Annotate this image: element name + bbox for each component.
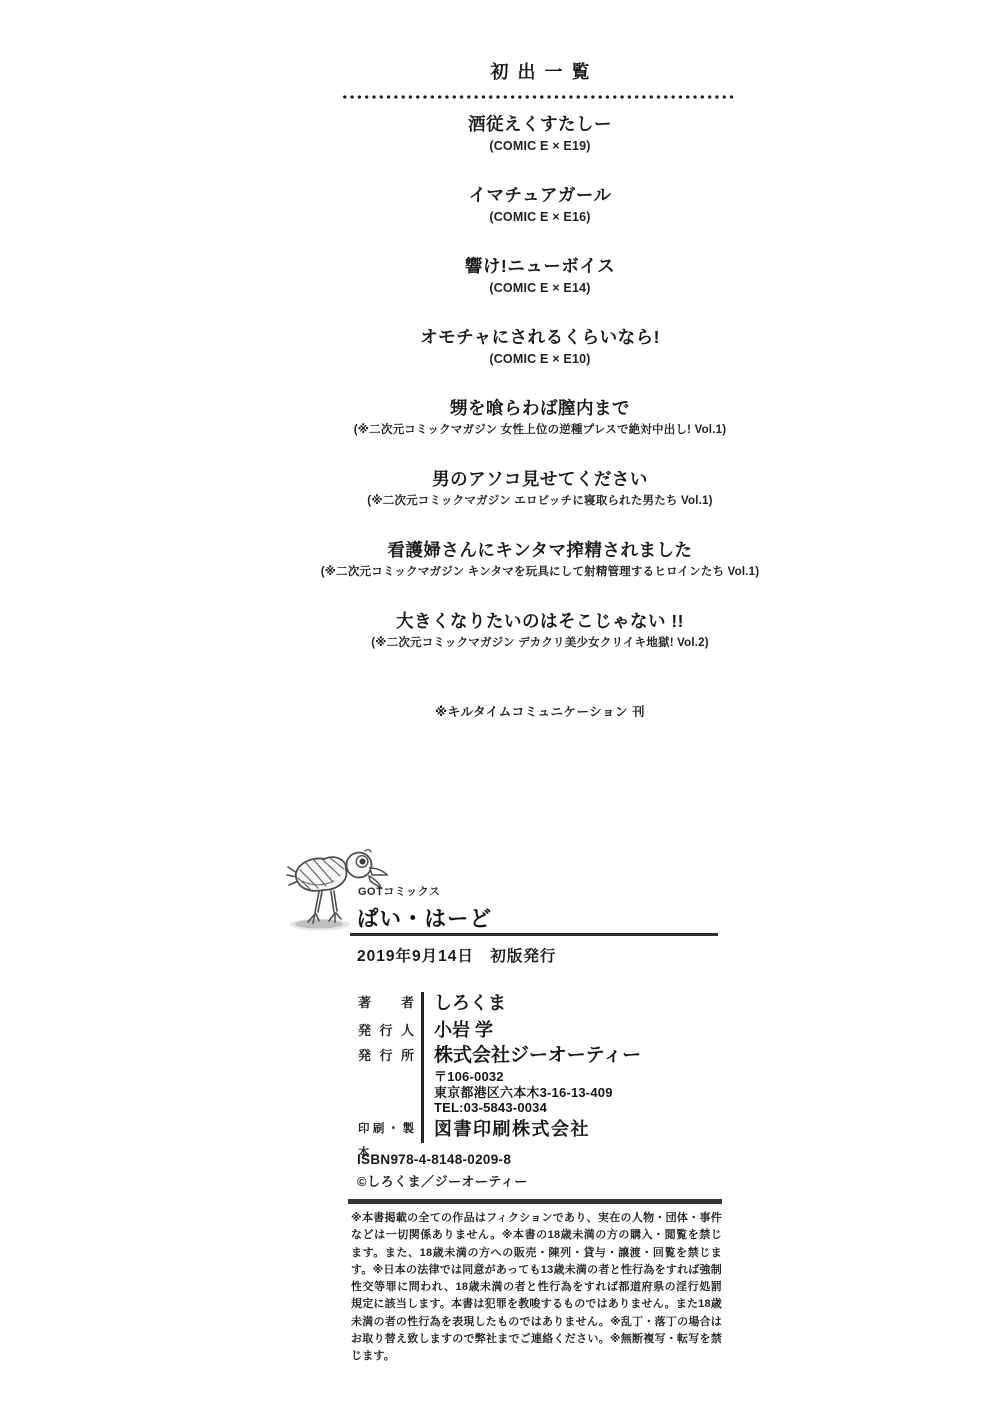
work-title: イマチュアガール: [300, 183, 780, 207]
publication-entry: 響け!ニューボイス (COMIC E × E14): [300, 254, 780, 298]
work-title: 酒従えくすたしー: [300, 112, 780, 136]
credit-value: しろくま: [421, 992, 720, 1020]
address-line: 東京都港区六本木3-16-13-409: [434, 1085, 720, 1101]
publication-entry: 甥を喰らわば膣内まで (※二次元コミックマガジン 女性上位の逆種プレスで絶対中出…: [300, 396, 780, 440]
page-title: 初出一覧: [300, 58, 780, 86]
imprint-label: GOTコミックス: [358, 883, 441, 899]
edition-date: 2019年9月14日 初版発行: [357, 944, 556, 966]
credit-row-publisher-person: 発行人 小岩 学: [358, 1020, 720, 1045]
credit-label-empty: [358, 1067, 414, 1117]
credit-row-address: 〒106-0032 東京都港区六本木3-16-13-409 TEL:03-584…: [358, 1067, 720, 1117]
title-rule: [350, 933, 718, 936]
credit-value: 図書印刷株式会社: [421, 1117, 720, 1143]
credit-value: 小岩 学: [421, 1020, 720, 1045]
isbn: ISBN978-4-8148-0209-8: [357, 1152, 511, 1167]
publication-entry: 看護婦さんにキンタマ搾精されました (※二次元コミックマガジン キンタマを玩具に…: [300, 538, 780, 582]
work-source: (※二次元コミックマガジン 女性上位の逆種プレスで絶対中出し! Vol.1): [300, 420, 780, 440]
work-title: 響け!ニューボイス: [300, 254, 780, 278]
credit-row-author: 著者 しろくま: [358, 992, 720, 1020]
publication-entry: オモチャにされるくらいなら! (COMIC E × E10): [300, 325, 780, 369]
publication-entry: 大きくなりたいのはそこじゃない !! (※二次元コミックマガジン デカクリ美少女…: [300, 609, 780, 653]
credits-table: 著者 しろくま 発行人 小岩 学 発行所 株式会社ジーオーティー 〒106-00…: [358, 992, 720, 1143]
credit-row-publisher-company: 発行所 株式会社ジーオーティー: [358, 1045, 720, 1067]
work-source: (※二次元コミックマガジン デカクリ美少女クリイキ地獄! Vol.2): [300, 633, 780, 653]
credit-label: 著者: [358, 992, 414, 1020]
work-source: (※二次元コミックマガジン キンタマを玩具にして射精管理するヒロインたち Vol…: [300, 562, 780, 582]
work-source: (COMIC E × E16): [300, 207, 780, 227]
disclaimer-text: ※本書掲載の全ての作品はフィクションであり、実在の人物・団体・事件などは一切関係…: [351, 1210, 722, 1366]
publication-entry: 酒従えくすたしー (COMIC E × E19): [300, 112, 780, 156]
work-title: 甥を喰らわば膣内まで: [300, 396, 780, 420]
publication-entries: 酒従えくすたしー (COMIC E × E19) イマチュアガール (COMIC…: [300, 112, 780, 653]
publisher-address: 〒106-0032 東京都港区六本木3-16-13-409 TEL:03-584…: [421, 1067, 720, 1117]
credit-label: 発行人: [358, 1020, 414, 1045]
work-source: (COMIC E × E19): [300, 136, 780, 156]
dotted-divider: [343, 95, 737, 99]
book-title: ぱい・はーど: [357, 902, 492, 933]
postal-code: 〒106-0032: [434, 1069, 720, 1085]
work-title: 大きくなりたいのはそこじゃない !!: [300, 609, 780, 633]
disclaimer-rule: [348, 1199, 722, 1204]
first-publication-list: 初出一覧 酒従えくすたしー (COMIC E × E19) イマチュアガール (…: [300, 58, 780, 680]
work-title: オモチャにされるくらいなら!: [300, 325, 780, 349]
work-source: (COMIC E × E10): [300, 349, 780, 369]
colophon-page: 初出一覧 酒従えくすたしー (COMIC E × E19) イマチュアガール (…: [0, 0, 1000, 1419]
copyright: ©しろくま／ジーオーティー: [357, 1171, 528, 1190]
publisher-note: ※キルタイムコミュニケーション 刊: [300, 702, 780, 720]
work-source: (COMIC E × E14): [300, 278, 780, 298]
work-title: 看護婦さんにキンタマ搾精されました: [300, 538, 780, 562]
work-title: 男のアソコ見せてください: [300, 467, 780, 491]
credit-label: 印刷・製本: [358, 1117, 414, 1143]
work-source: (※二次元コミックマガジン エロビッチに寝取られた男たち Vol.1): [300, 491, 780, 511]
credit-row-printer: 印刷・製本 図書印刷株式会社: [358, 1117, 720, 1143]
credit-value: 株式会社ジーオーティー: [421, 1045, 720, 1067]
credit-label: 発行所: [358, 1045, 414, 1067]
phone-number: TEL:03-5843-0034: [434, 1100, 720, 1116]
publication-entry: イマチュアガール (COMIC E × E16): [300, 183, 780, 227]
publication-entry: 男のアソコ見せてください (※二次元コミックマガジン エロビッチに寝取られた男た…: [300, 467, 780, 511]
